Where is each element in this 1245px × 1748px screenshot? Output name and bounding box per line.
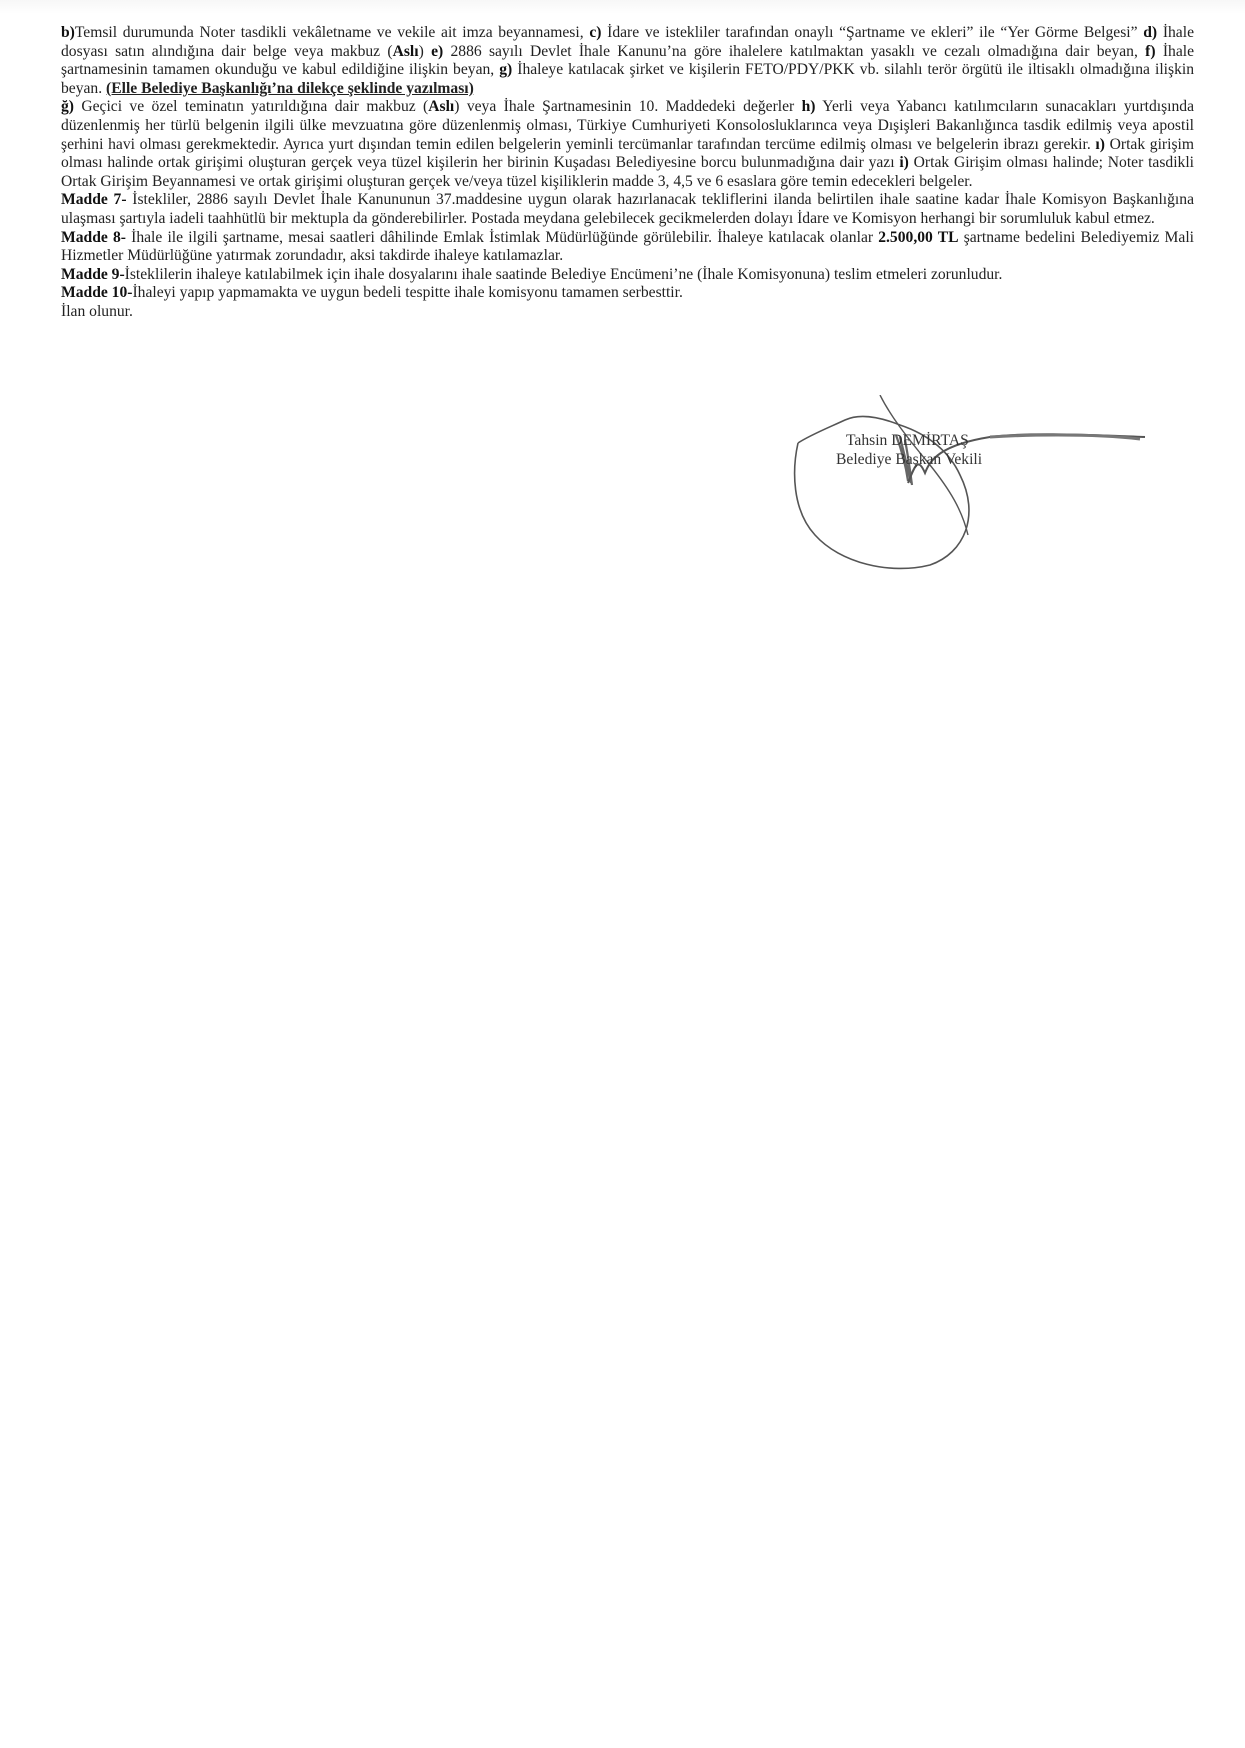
paragraph-madde-7: Madde 7- İstekliler, 2886 sayılı Devlet … <box>61 191 1194 228</box>
bold-label: g) <box>499 61 512 78</box>
paragraph-madde-8: Madde 8- İhale ile ilgili şartname, mesa… <box>61 229 1194 266</box>
bold-label: ı) <box>1095 136 1105 153</box>
bold-label: b) <box>61 24 75 41</box>
text-run: İhale ile ilgili şartname, mesai saatler… <box>126 229 878 246</box>
signatory-name: Tahsin DEMİRTAŞ <box>836 432 982 451</box>
bold-label: Aslı <box>393 43 419 60</box>
bold-label: e) <box>431 43 443 60</box>
text-run: İdare ve istekliler tarafından onaylı “Ş… <box>601 24 1143 41</box>
text-run: Geçici ve özel teminatın yatırıldığına d… <box>74 98 428 115</box>
bold-label: ğ) <box>61 98 74 115</box>
signatory-title: Belediye Başkan Vekili <box>836 451 982 470</box>
text-run: ) <box>419 43 431 60</box>
text-run: İhaleyi yapıp yapmamakta ve uygun bedeli… <box>132 284 682 301</box>
text-run: İstekliler, 2886 sayılı Devlet İhale Kan… <box>61 191 1194 227</box>
text-run: İlan olunur. <box>61 303 133 320</box>
bold-label: d) <box>1143 24 1157 41</box>
signature-block: Tahsin DEMİRTAŞ Belediye Başkan Vekili <box>836 432 982 469</box>
document-body: b)Temsil durumunda Noter tasdikli vekâle… <box>61 24 1194 322</box>
bold-label: c) <box>589 24 601 41</box>
underlined-note: (Elle Belediye Başkanlığı’na dilekçe şek… <box>106 80 474 97</box>
scan-artifact <box>0 0 1245 14</box>
bold-label: 2.500,00 TL <box>878 229 958 246</box>
paragraph-closing: İlan olunur. <box>61 303 1194 322</box>
bold-label: Madde 7- <box>61 191 127 208</box>
bold-label: Aslı <box>428 98 454 115</box>
document-page: b)Temsil durumunda Noter tasdikli vekâle… <box>0 0 1245 1748</box>
paragraph-madde-9: Madde 9-İsteklilerin ihaleye katılabilme… <box>61 266 1194 285</box>
text-run: Temsil durumunda Noter tasdikli vekâletn… <box>75 24 589 41</box>
bold-label: i) <box>899 154 909 171</box>
signature-scribble-icon <box>790 395 1150 580</box>
paragraph-docs-2: ğ) Geçici ve özel teminatın yatırıldığın… <box>61 98 1194 191</box>
paragraph-madde-10: Madde 10-İhaleyi yapıp yapmamakta ve uyg… <box>61 284 1194 303</box>
text-run: 2886 sayılı Devlet İhale Kanunu’na göre … <box>443 43 1145 60</box>
paragraph-docs: b)Temsil durumunda Noter tasdikli vekâle… <box>61 24 1194 98</box>
bold-label: Madde 10- <box>61 284 132 301</box>
bold-label: h) <box>802 98 816 115</box>
bold-label: Madde 9- <box>61 266 125 283</box>
text-run: ) veya İhale Şartnamesinin 10. Maddedeki… <box>454 98 801 115</box>
bold-label: Madde 8- <box>61 229 126 246</box>
text-run: İsteklilerin ihaleye katılabilmek için i… <box>125 266 1003 283</box>
bold-label: f) <box>1145 43 1155 60</box>
